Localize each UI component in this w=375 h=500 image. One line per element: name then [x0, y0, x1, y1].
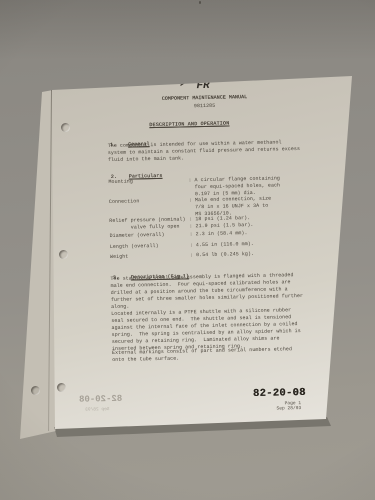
manual-number: 9811285	[194, 103, 215, 110]
manual-title: COMPONENT MAINTENANCE MANUAL	[162, 94, 248, 103]
particulars-label: Weight	[110, 254, 128, 261]
particulars-label: Relief pressure (nominal) valve fully op…	[109, 216, 186, 231]
particulars-value: : 4.55 in (116.0 mm).	[190, 241, 254, 249]
section-title: Particulars	[129, 173, 163, 180]
punch-hole	[31, 386, 40, 395]
particulars-label: Connection	[109, 198, 140, 206]
paragraph: The component is intended for use within…	[108, 139, 301, 164]
particulars-value: : A circular flange containing four equi…	[188, 175, 280, 198]
bleed-through-date: Sep 28/93	[85, 407, 109, 413]
bleed-through-text: 82-20-08	[79, 394, 122, 405]
particulars-label: Length (overall)	[110, 243, 159, 251]
particulars-label: Mounting	[108, 178, 133, 185]
paragraph: External markings consist of part and se…	[112, 346, 292, 364]
paragraph: The stainless steel body assembly is fla…	[110, 272, 303, 311]
photo-speck	[199, 1, 201, 4]
particulars-value: : 0.54 lb (0.245 kg).	[190, 251, 254, 259]
particulars-value: : 2.3 in (58.4 mm).	[190, 230, 248, 238]
document-photo: FR COMPONENT MAINTENANCE MANUAL 9811285 …	[0, 0, 375, 500]
chapter-code: 82-20-08	[253, 388, 306, 400]
page-title: DESCRIPTION AND OPERATION	[149, 120, 229, 129]
particulars-label: Diameter (overall)	[110, 232, 165, 240]
revision-date: Sep 28/93	[235, 406, 301, 412]
particulars-value: : 18 psi (1.24 bar). : 21.9 psi (1.5 bar…	[189, 215, 253, 230]
